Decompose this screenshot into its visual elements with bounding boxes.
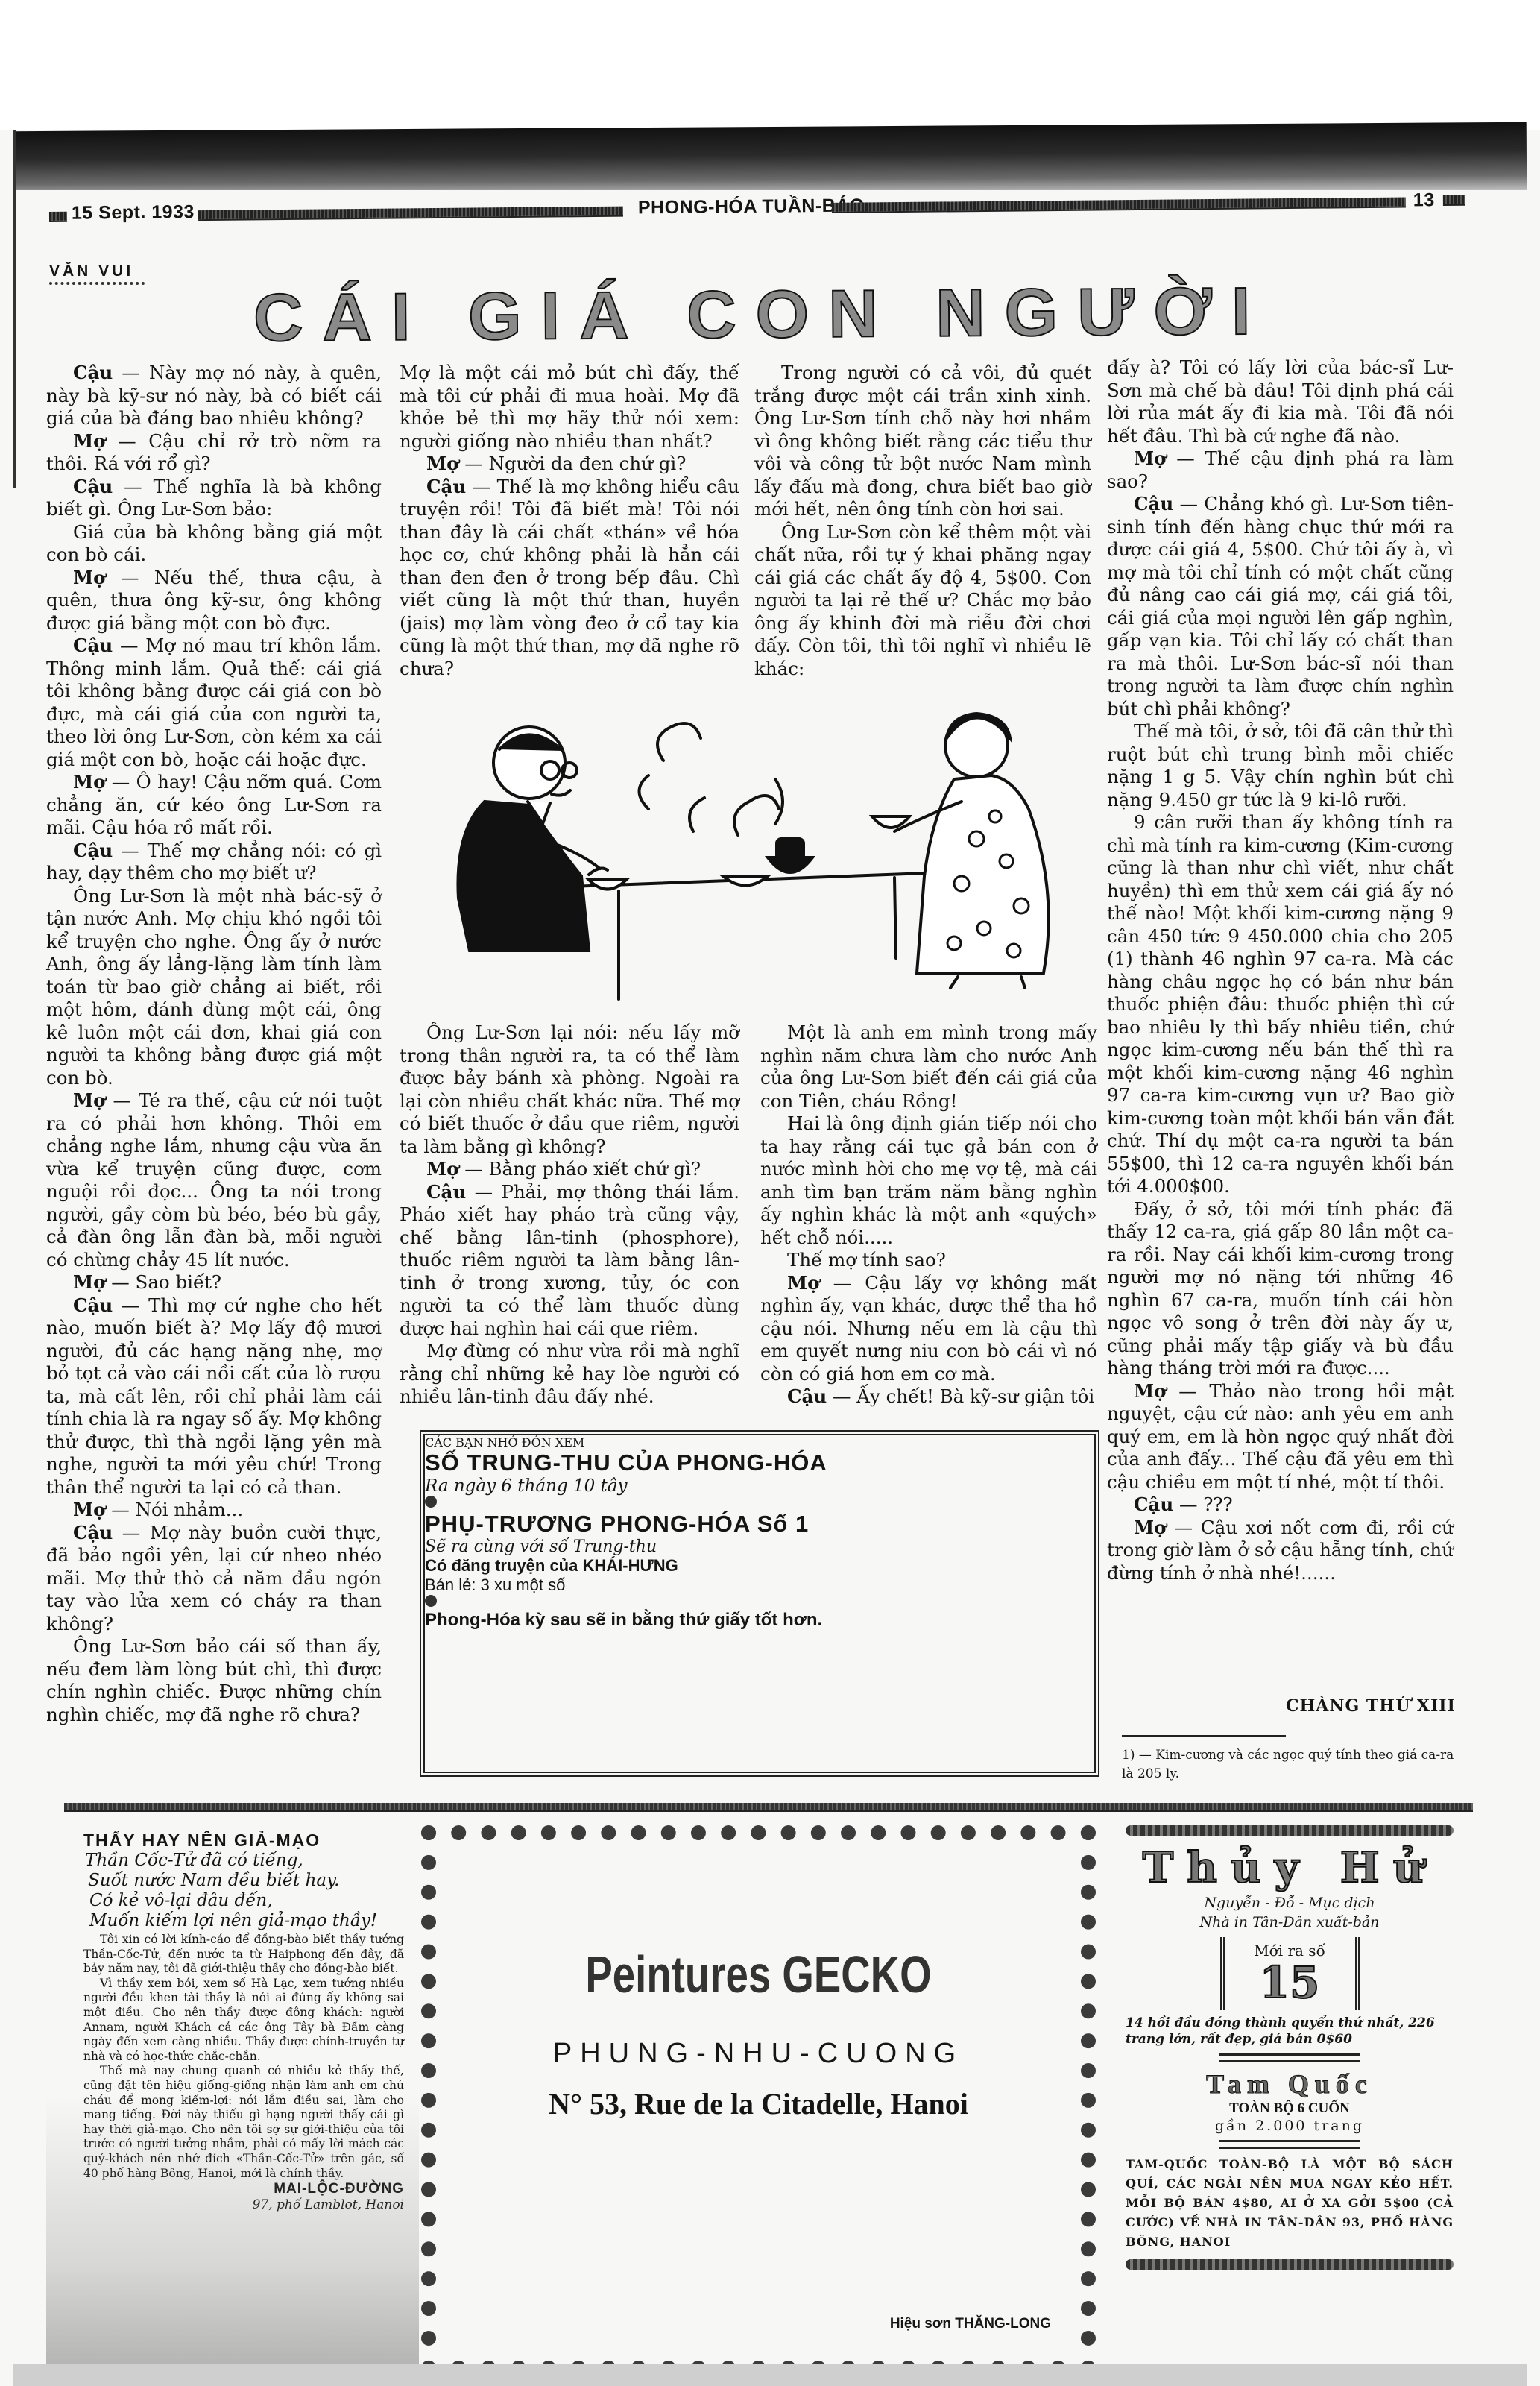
ad-paragraph: Tôi xin có lời kính-cáo để đồng-bào biết…: [83, 1933, 404, 1977]
paragraph-text: — Nói nhảm...: [105, 1499, 243, 1520]
paragraph-text: Thế mợ tính sao?: [787, 1249, 946, 1271]
speaker-name: Mợ: [73, 567, 105, 588]
article-paragraph: Mợ — Nếu thế, thưa cậu, à quên, thưa ông…: [46, 567, 382, 635]
paragraph-text: Giá của bà không bằng giá một con bò cái…: [46, 521, 382, 566]
speaker-name: Cậu: [73, 1294, 113, 1316]
paragraph-text: — Ấy chết! Bà kỹ-sư giận tôi: [827, 1385, 1094, 1407]
poem-line: Muốn kiếm lợi nên giả-mạo thầy!: [89, 1911, 404, 1931]
article-paragraph: Cậu — Thế là mợ không hiểu câu truyện rồ…: [400, 476, 739, 681]
article-paragraph: Cậu — Thì mợ cứ nghe cho hết nào, muốn b…: [46, 1294, 382, 1499]
second-book-title: Tam Quốc: [1126, 2068, 1454, 2100]
announcement-header: CÁC BẠN NHỚ ĐÓN XEM: [425, 1435, 1094, 1449]
article-paragraph: Một là anh em mình trong mấy nghìn năm c…: [760, 1022, 1097, 1112]
speaker-name: Mợ: [73, 771, 105, 793]
article-paragraph: Mợ — Thảo nào trong hồi mật nguyệt, cậu …: [1107, 1380, 1454, 1494]
poem-line: Suốt nước Nam đều biết hay.: [88, 1871, 404, 1891]
article-paragraph: Ông Lư-Sơn bảo cái số than ấy, nếu đem l…: [46, 1635, 382, 1726]
announcement-supplement-title: PHỤ-TRƯƠNG PHONG-HÓA Số 1: [425, 1511, 1094, 1537]
article-paragraph: Thế mợ tính sao?: [760, 1249, 1097, 1272]
ad-brand: Peintures GECKO: [496, 1945, 1022, 2004]
issue-date: 15 Sept. 1933: [72, 201, 195, 224]
speaker-name: Cậu: [426, 1181, 466, 1203]
ad-thuy-hu: Thủy Hử Nguyễn - Đỗ - Mục dịch Nhà in Tâ…: [1126, 1825, 1454, 2270]
article-column-2: Mợ là một cái mỏ bút chì đấy, thế mà tôi…: [400, 362, 739, 680]
article-title: CÁI GIÁ CON NGƯỜI: [253, 273, 1270, 356]
speaker-name: Mợ: [1134, 447, 1166, 469]
announcement-paper-note: Phong-Hóa kỳ sau sẽ in bằng thứ giấy tốt…: [425, 1610, 1094, 1631]
bullet-dot-icon: [425, 1496, 1094, 1511]
ad-headline: THẤY HAY NÊN GIẢ-MẠO: [83, 1831, 404, 1851]
wave-rule: [1126, 1825, 1454, 1836]
scan-margin: [0, 0, 1540, 130]
speaker-name: Cậu: [73, 635, 113, 656]
ad-owner: PHUNG-NHU-CUONG: [421, 2038, 1096, 2070]
paragraph-text: — Phải, mợ thông thái lắm. Pháo xiết hay…: [400, 1181, 739, 1339]
article-paragraph: Thế mà tôi, ở sở, tôi đã cân thử thì ruộ…: [1107, 720, 1454, 811]
article-paragraph: Ông Lư-Sơn là một nhà bác-sỹ ở tận nước …: [46, 885, 382, 1090]
paragraph-text: Ông Lư-Sơn lại nói: nếu lấy mỡ trong thâ…: [400, 1022, 739, 1157]
illustration-couple-at-dinner: [440, 705, 1066, 1003]
article-paragraph: Mợ — Té ra thế, cậu cứ nói tuột ra có ph…: [46, 1089, 382, 1271]
wave-rule: [1126, 2259, 1454, 2270]
double-rule: [1219, 2053, 1360, 2062]
ad-address: N° 53, Rue de la Citadelle, Hanoi: [421, 2086, 1096, 2121]
issue-box: Mới ra số 15: [1220, 1937, 1360, 2010]
paragraph-text: Ông Lư-Sơn bảo cái số than ấy, nếu đem l…: [46, 1635, 382, 1725]
speaker-name: Cậu: [1134, 493, 1173, 514]
speaker-name: Mợ: [73, 1499, 105, 1520]
article-paragraph: Mợ — Ô hay! Cậu nỡm quá. Cơm chẳng ăn, c…: [46, 771, 382, 840]
article-paragraph: Mợ — Cậu xơi nốt cơm đi, rồi cứ trong gi…: [1107, 1517, 1454, 1585]
newspaper-name: PHONG-HÓA TUẦN-BÁO: [638, 195, 865, 219]
double-rule: [1219, 2140, 1360, 2149]
announcement-supplement-note: Sẽ ra cùng với số Trung-thu: [425, 1537, 1094, 1556]
announcement-release-date: Ra ngày 6 tháng 10 tây: [425, 1476, 1094, 1496]
article-paragraph: Cậu — Mợ này buồn cười thực, đã bảo ngồi…: [46, 1522, 382, 1636]
book-translator: Nguyễn - Đỗ - Mục dịch: [1126, 1894, 1454, 1912]
issue-number: 15: [1225, 1960, 1355, 2006]
paragraph-text: đấy à? Tôi có lấy lời của bác-sĩ Lư-Sơn …: [1107, 356, 1454, 447]
article-paragraph: Cậu — Thế mợ chẳng nói: có gì hay, dạy t…: [46, 840, 382, 885]
article-paragraph: đấy à? Tôi có lấy lời của bác-sĩ Lư-Sơn …: [1107, 356, 1454, 447]
paragraph-text: Ông Lư-Sơn là một nhà bác-sỹ ở tận nước …: [46, 885, 382, 1089]
poem-line: Có kẻ vô-lại đâu đến,: [89, 1891, 404, 1911]
speaker-name: Mợ: [787, 1272, 819, 1294]
paragraph-text: — Người da đen chứ gì?: [458, 453, 686, 474]
paragraph-text: Đấy, ở sở, tôi mới tính phác đã thấy 12 …: [1107, 1198, 1454, 1379]
article-paragraph: Cậu — Phải, mợ thông thái lắm. Pháo xiết…: [400, 1181, 739, 1341]
article-column-1: Cậu — Này mợ nó này, à quên, này bà kỹ-s…: [46, 362, 382, 1726]
speaker-name: Cậu: [1134, 1493, 1173, 1515]
ad-peintures-gecko: Peintures GECKO PHUNG-NHU-CUONG N° 53, R…: [421, 1825, 1096, 2376]
article-paragraph: Cậu — Thế nghĩa là bà không biết gì. Ông…: [46, 476, 382, 521]
ad-than-coc-tu: THẤY HAY NÊN GIẢ-MẠO Thần Cốc-Tử đã có t…: [83, 1831, 404, 2212]
article-paragraph: Cậu — Mợ nó mau trí khôn lắm. Thông minh…: [46, 635, 382, 771]
ad-paragraph: Vì thầy xem bói, xem số Hà Lạc, xem tướn…: [83, 1977, 404, 2065]
second-book-volumes: TOÀN BỘ 6 CUỐN: [1126, 2100, 1454, 2118]
paragraph-text: Hai là ông định gián tiếp nói cho ta hay…: [760, 1112, 1097, 1248]
book-description: 14 hồi đầu đóng thành quyển thứ nhất, 22…: [1126, 2015, 1454, 2047]
speaker-name: Mợ: [426, 453, 458, 474]
ad-signature: MAI-LỘC-ĐƯỜNG: [83, 2181, 404, 2197]
speaker-name: Cậu: [426, 476, 466, 497]
paragraph-text: — Chẳng khó gì. Lư-Sơn tiên-sinh tính đế…: [1107, 493, 1454, 720]
article-column-4: đấy à? Tôi có lấy lời của bác-sĩ Lư-Sơn …: [1107, 356, 1454, 1584]
article-paragraph: Cậu — Chẳng khó gì. Lư-Sơn tiên-sinh tín…: [1107, 493, 1454, 720]
paragraph-text: — ???: [1173, 1493, 1232, 1515]
masthead-rule: [198, 207, 623, 221]
speaker-name: Mợ: [73, 430, 105, 452]
paragraph-text: 9 cân rưỡi than ấy không tính ra chì mà …: [1107, 811, 1454, 1197]
announcement-trung-thu-title: SỐ TRUNG-THU CỦA PHONG-HÓA: [425, 1449, 1094, 1476]
announcement-price: Bán lẻ: 3 xu một số: [425, 1576, 1094, 1595]
article-paragraph: Cậu — Này mợ nó này, à quên, này bà kỹ-s…: [46, 362, 382, 430]
ad-address: 97, phố Lamblot, Hanoi: [83, 2197, 404, 2212]
footnote: 1) — Kim-cương và các ngọc quý tính theo…: [1122, 1746, 1457, 1784]
article-paragraph: Đấy, ở sở, tôi mới tính phác đã thấy 12 …: [1107, 1198, 1454, 1380]
scan-bottom-edge: [13, 2364, 1527, 2386]
paragraph-text: — Thì mợ cứ nghe cho hết nào, muốn biết …: [46, 1294, 382, 1498]
speaker-name: Mợ: [73, 1271, 105, 1293]
footnote-rule: [1122, 1735, 1286, 1737]
masthead-rule: [832, 198, 1406, 213]
second-book-pages: gần 2.000 trang: [1126, 2118, 1454, 2134]
article-paragraph: Cậu — Ấy chết! Bà kỹ-sư giận tôi: [760, 1385, 1097, 1408]
article-paragraph: Mợ — Người da đen chứ gì?: [400, 453, 739, 476]
paragraph-text: — Sao biết?: [105, 1271, 221, 1293]
speaker-name: Mợ: [426, 1158, 458, 1180]
poem-line: Thần Cốc-Tử đã có tiếng,: [85, 1851, 404, 1871]
paragraph-text: Mợ là một cái mỏ bút chì đấy, thế mà tôi…: [400, 362, 739, 452]
article-paragraph: 9 cân rưỡi than ấy không tính ra chì mà …: [1107, 811, 1454, 1198]
speaker-name: Cậu: [73, 1522, 113, 1543]
section-label: VĂN VUI: [49, 262, 133, 280]
article-column-2-lower: Ông Lư-Sơn lại nói: nếu lấy mỡ trong thâ…: [400, 1022, 739, 1408]
article-paragraph: Mợ — Thế cậu định phá ra làm sao?: [1107, 447, 1454, 493]
ad-paragraph: Thế mà nay chung quanh có nhiều kẻ thấy …: [83, 2064, 404, 2181]
article-paragraph: Mợ là một cái mỏ bút chì đấy, thế mà tôi…: [400, 362, 739, 453]
paragraph-text: — Bằng pháo xiết chứ gì?: [458, 1158, 701, 1180]
speaker-name: Cậu: [787, 1385, 827, 1407]
paragraph-text: Thế mà tôi, ở sở, tôi đã cân thử thì ruộ…: [1107, 720, 1454, 810]
ad-poem: Thần Cốc-Tử đã có tiếng, Suốt nước Nam đ…: [85, 1851, 404, 1931]
announcement-box: CÁC BẠN NHỚ ĐÓN XEM SỐ TRUNG-THU CỦA PHO…: [420, 1430, 1099, 1777]
speaker-name: Mợ: [1134, 1517, 1166, 1538]
article-paragraph: Hai là ông định gián tiếp nói cho ta hay…: [760, 1112, 1097, 1249]
article-paragraph: Mợ — Sao biết?: [46, 1271, 382, 1294]
speaker-name: Mợ: [73, 1089, 105, 1111]
bullet-dot-icon: [425, 1595, 1094, 1610]
article-paragraph: Mợ — Nói nhảm...: [46, 1499, 382, 1522]
article-paragraph: Trong người có cả vôi, đủ quét trắng đượ…: [754, 362, 1091, 521]
article-paragraph: Mợ — Cậu lấy vợ không mất nghìn ấy, vạn …: [760, 1272, 1097, 1386]
paragraph-text: Trong người có cả vôi, đủ quét trắng đượ…: [754, 362, 1091, 520]
book-title: Thủy Hử: [1126, 1843, 1454, 1892]
announcement-author-line: Có đăng truyện của KHÁI-HƯNG: [425, 1556, 1094, 1576]
speaker-name: Mợ: [1134, 1380, 1166, 1402]
article-paragraph: Ông Lư-Sơn lại nói: nếu lấy mỡ trong thâ…: [400, 1022, 739, 1158]
article-paragraph: Mợ — Cậu chỉ rở trò nỡm ra thôi. Rá với …: [46, 430, 382, 476]
ad-footer: Hiệu sơn THĂNG-LONG: [890, 2316, 1051, 2332]
second-book-description: TAM-QUỐC TOÀN-BỘ LÀ MỘT BỘ SÁCH QUÍ, CÁC…: [1126, 2155, 1454, 2252]
page-edge: [13, 130, 16, 488]
article-paragraph: Mợ — Bằng pháo xiết chứ gì?: [400, 1158, 739, 1181]
article-paragraph: Mợ đừng có như vừa rồi mà nghĩ rằng chỉ …: [400, 1340, 739, 1408]
paragraph-text: Một là anh em mình trong mấy nghìn năm c…: [760, 1022, 1097, 1112]
section-underline: [49, 282, 145, 285]
article-column-3-lower: Một là anh em mình trong mấy nghìn năm c…: [760, 1022, 1097, 1408]
section-separator: [64, 1803, 1473, 1812]
dinner-scene-icon: [440, 705, 1066, 1003]
paragraph-text: Mợ đừng có như vừa rồi mà nghĩ rằng chỉ …: [400, 1340, 739, 1407]
ad-body: Tôi xin có lời kính-cáo để đồng-bào biết…: [83, 1933, 404, 2181]
book-publisher: Nhà in Tân-Dân xuất-bản: [1126, 1913, 1454, 1931]
masthead-rule: [1443, 195, 1465, 206]
paragraph-text: — Té ra thế, cậu cứ nói tuột ra có phải …: [46, 1089, 382, 1271]
masthead-rule: [49, 212, 67, 222]
speaker-name: Cậu: [73, 840, 113, 861]
speaker-name: Cậu: [73, 476, 113, 497]
page-number: 13: [1413, 189, 1435, 211]
speaker-name: Cậu: [73, 362, 113, 383]
article-paragraph: Ông Lư-Sơn còn kể thêm một vài chất nữa,…: [754, 521, 1091, 681]
article-paragraph: Giá của bà không bằng giá một con bò cái…: [46, 521, 382, 567]
article-paragraph: Cậu — ???: [1107, 1493, 1454, 1517]
article-signature: CHÀNG THỨ XIII: [1286, 1696, 1456, 1716]
article-column-3: Trong người có cả vôi, đủ quét trắng đượ…: [754, 362, 1091, 680]
paragraph-text: — Thế là mợ không hiểu câu truyện rồi! T…: [400, 476, 739, 679]
paragraph-text: Ông Lư-Sơn còn kể thêm một vài chất nữa,…: [754, 521, 1091, 679]
